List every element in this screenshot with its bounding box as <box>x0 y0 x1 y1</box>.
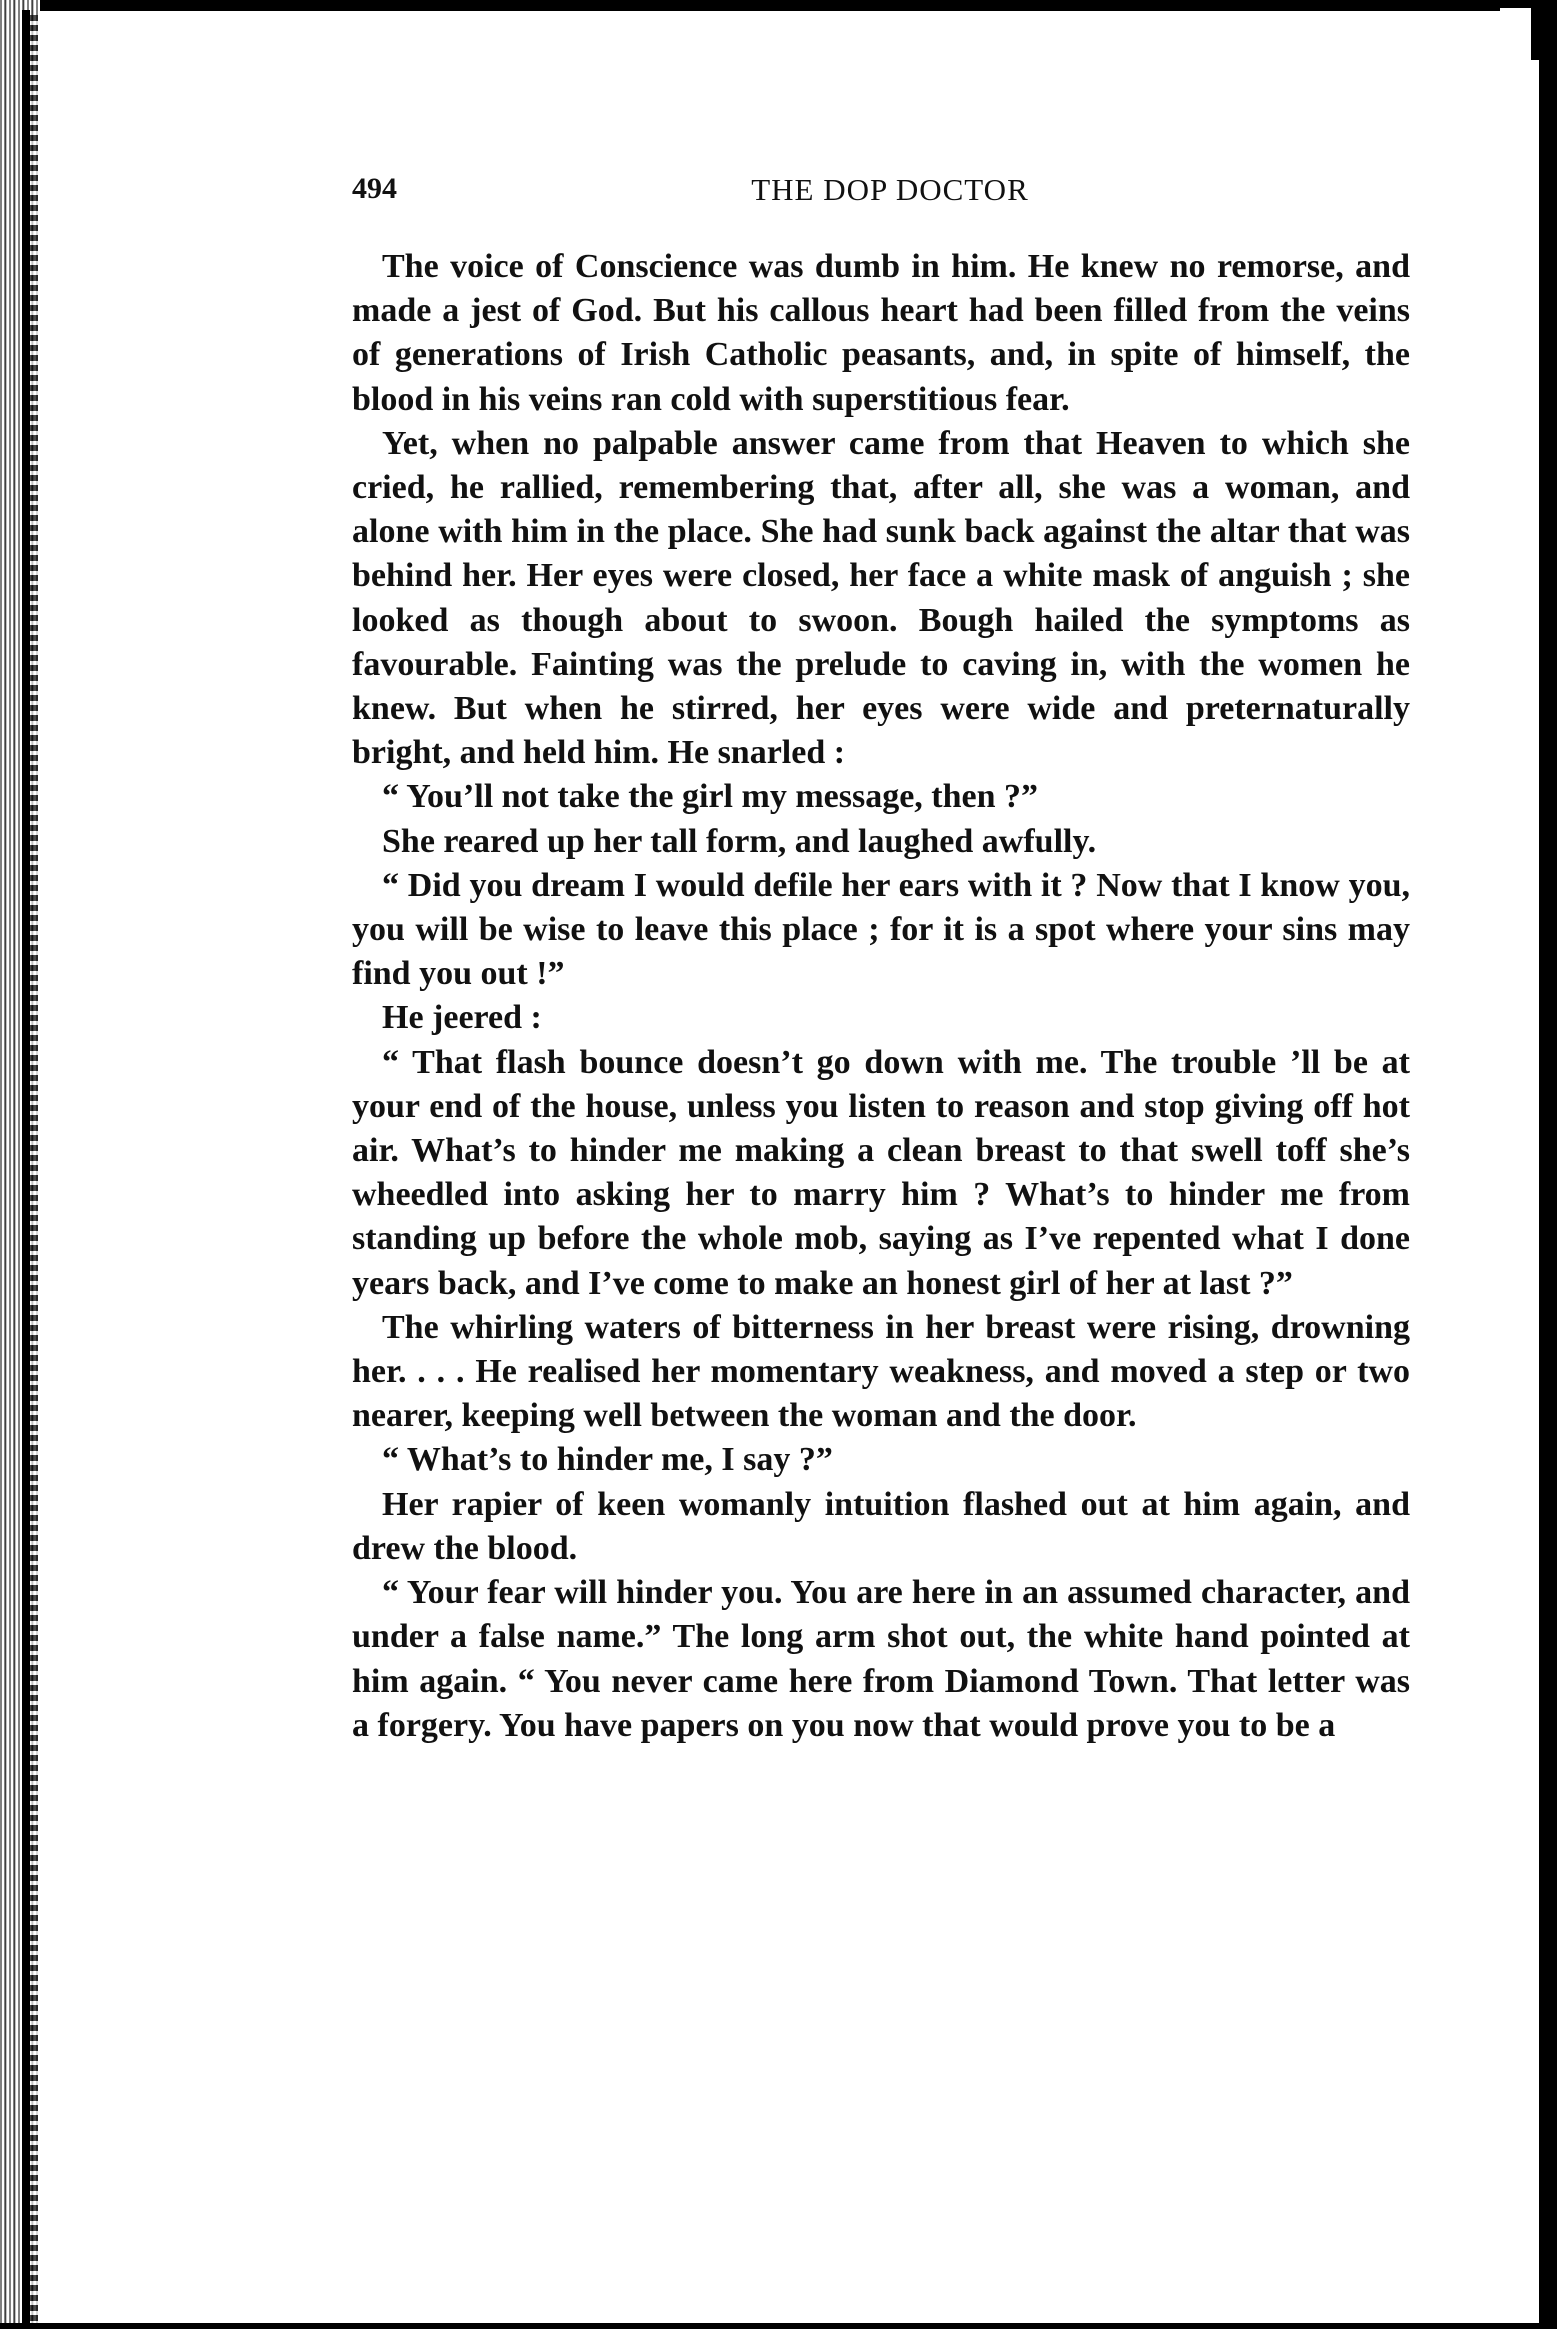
paragraph: “ Your fear will hinder you. You are her… <box>352 1571 1410 1748</box>
page-top-edge <box>0 0 1557 8</box>
paragraph: “ That flash bounce doesn’t go down with… <box>352 1041 1410 1306</box>
paragraph: Yet, when no palpable answer came from t… <box>352 422 1410 776</box>
paragraph: Her rapier of keen womanly intuition fla… <box>352 1483 1410 1571</box>
running-title: THE DOP DOCTOR <box>352 172 1408 208</box>
paragraph: He jeered : <box>352 996 1410 1040</box>
paragraph: “ You’ll not take the girl my message, t… <box>352 775 1410 819</box>
paragraph: She reared up her tall form, and laughed… <box>352 820 1410 864</box>
book-spine-shadow <box>22 10 30 2329</box>
paragraph: The whirling waters of bitterness in her… <box>352 1306 1410 1439</box>
page-top-edge-line <box>20 8 1500 11</box>
paragraph: The voice of Conscience was dumb in him.… <box>352 245 1410 422</box>
body-text: The voice of Conscience was dumb in him.… <box>352 245 1410 1748</box>
paragraph: “ Did you dream I would defile her ears … <box>352 864 1410 997</box>
page-right-edge <box>1539 0 1557 2329</box>
book-gutter <box>30 15 38 2329</box>
page-header: 494 THE DOP DOCTOR <box>352 172 1408 220</box>
paragraph: “ What’s to hinder me, I say ?” <box>352 1438 1410 1482</box>
page-bottom-edge <box>0 2323 1557 2329</box>
page-right-edge-corner <box>1531 0 1539 60</box>
